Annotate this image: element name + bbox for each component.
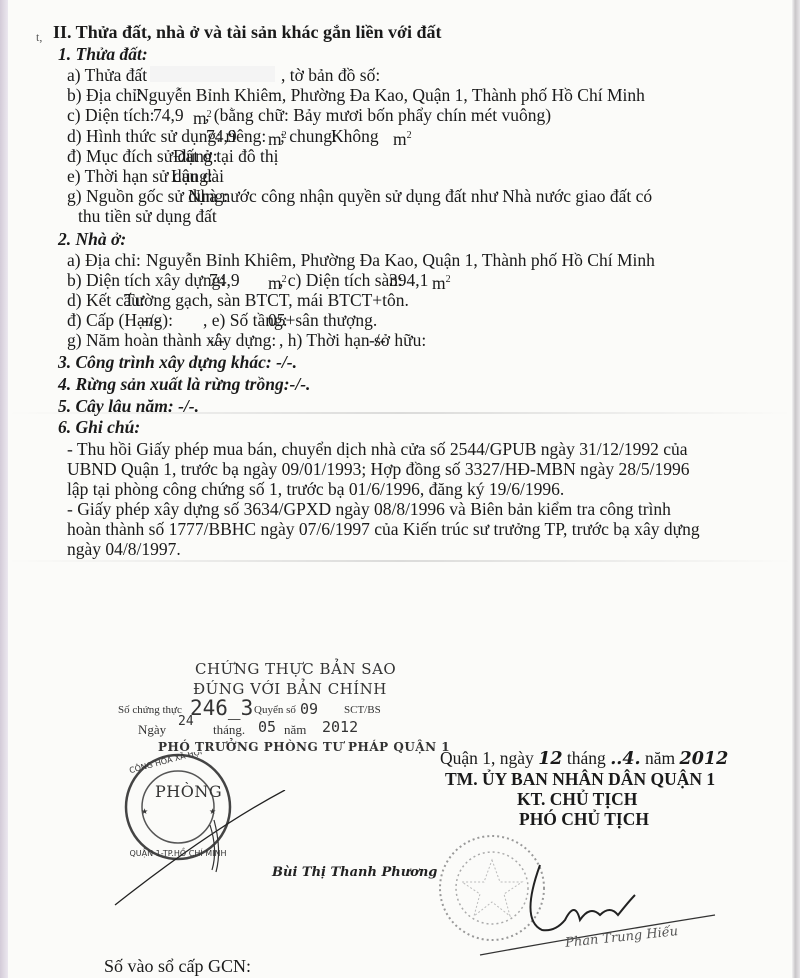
paper-left-edge [0,0,8,978]
authority-line1: TM. ỦY BAN NHÂN DÂN QUẬN 1 [445,769,715,789]
cert-number-value: 246_3 [190,696,253,720]
cert-year-value: 2012 [322,718,358,736]
house-floors-value: 05+sân thượng. [268,310,377,330]
note-line: UBND Quận 1, trước bạ ngày 09/01/1993; H… [67,459,689,479]
land-area-in-words: , (bằng chữ: Bảy mươi bốn phẩy chín mét … [205,105,551,125]
house-address-value: Nguyễn Bỉnh Khiêm, Phường Đa Kao, Quận 1… [146,250,655,270]
cert-month-value: 05 [258,718,276,736]
issue-date: Quận 1, ngày 12 tháng ..4. năm 2012 [440,748,728,769]
land-map-sheet-label: , tờ bản đồ số: [281,65,380,85]
cert-book-value: 09 [300,700,318,718]
cert-book-label: Quyển số [254,704,296,716]
house-ownership-term-label: , h) Thời hạn sở hữu: [279,330,426,350]
land-use-shared-value: Không [331,126,379,146]
house-ownership-term-value: -/- [369,330,386,350]
section-title: II. Thửa đất, nhà ở và tài sản khác gắn … [53,22,442,42]
perennial-trees: 5. Cây lâu năm: -/-. [58,396,199,416]
land-term-value: Lâu dài [171,166,224,186]
house-floor-area-value: 394,1 [389,270,428,290]
land-use-private-value: 74,9 [206,126,237,146]
notes-heading: 6. Ghi chú: [58,417,140,437]
note-line: hoàn thành số 1777/BBHC ngày 07/6/1997 c… [67,519,700,539]
land-area-value: 74,9 [153,105,184,125]
house-floor-area-label: , c) Diện tích sàn: [279,270,403,290]
land-area-label: c) Diện tích: [67,105,154,125]
production-forest: 4. Rừng sản xuất là rừng trồng:-/-. [58,374,310,394]
paper-right-edge [792,0,800,978]
house-address-label: a) Địa chỉ: [67,250,141,270]
authority-line3: PHÓ CHỦ TỊCH [519,809,649,829]
house-structure-value: Tường gạch, sàn BTCT, mái BTCT+tôn. [124,290,409,310]
certified-copy-title: CHỨNG THỰC BẢN SAO [195,660,396,678]
other-construction: 3. Công trình xây dựng khác: -/-. [58,352,297,372]
land-use-shared-unit: m2 [393,126,412,149]
house-built-area-value: 74,9 [209,270,240,290]
note-line: - Thu hồi Giấy phép mua bán, chuyển dịch… [67,439,688,459]
house-grade-value: -/- [143,310,160,330]
cert-day-label: Ngày [138,722,166,738]
house-floor-area-unit: m2 [432,270,451,293]
land-address-value: Nguyễn Bỉnh Khiêm, Phường Đa Kao, Quận 1… [136,85,645,105]
note-line: ngày 04/8/1997. [67,539,181,559]
margin-mark: t, [36,30,42,45]
cert-month-label: tháng. [213,722,245,738]
cert-day-value: 24 [178,714,194,729]
land-heading: 1. Thửa đất: [58,44,148,64]
land-origin-value-line2: thu tiền sử dụng đất [78,206,217,226]
land-origin-value-line1: Nhà nước công nhận quyền sử dụng đất như… [188,186,652,206]
cert-book-code: SCT/BS [344,704,381,716]
house-heading: 2. Nhà ở: [58,229,126,249]
cert-year-label: năm [284,722,306,738]
authority-line2: KT. CHỦ TỊCH [517,789,637,809]
land-use-shared-label: ; chung: [280,126,337,146]
land-purpose-value: Đất ở tại đô thị [173,146,279,166]
house-built-area-label: b) Diện tích xây dựng: [67,270,225,290]
note-line: lập tại phòng công chứng số 1, trước bạ … [67,479,564,499]
house-completion-year-label: g) Năm hoàn thành xây dựng: [67,330,276,350]
signer-name-left: Bùi Thị Thanh Phương [272,865,437,880]
note-line: - Giấy phép xây dựng số 3634/GPXD ngày 0… [67,499,671,519]
cert-number-label: Số chứng thực [118,704,182,716]
paper-fold-line [8,560,792,562]
land-address-label: b) Địa chỉ: [67,85,142,105]
redacted-parcel-number [150,66,275,82]
house-completion-year-value: -/- [208,330,225,350]
gcn-register-label: Số vào sổ cấp GCN: [104,956,251,976]
signature-stroke-left [110,790,290,910]
